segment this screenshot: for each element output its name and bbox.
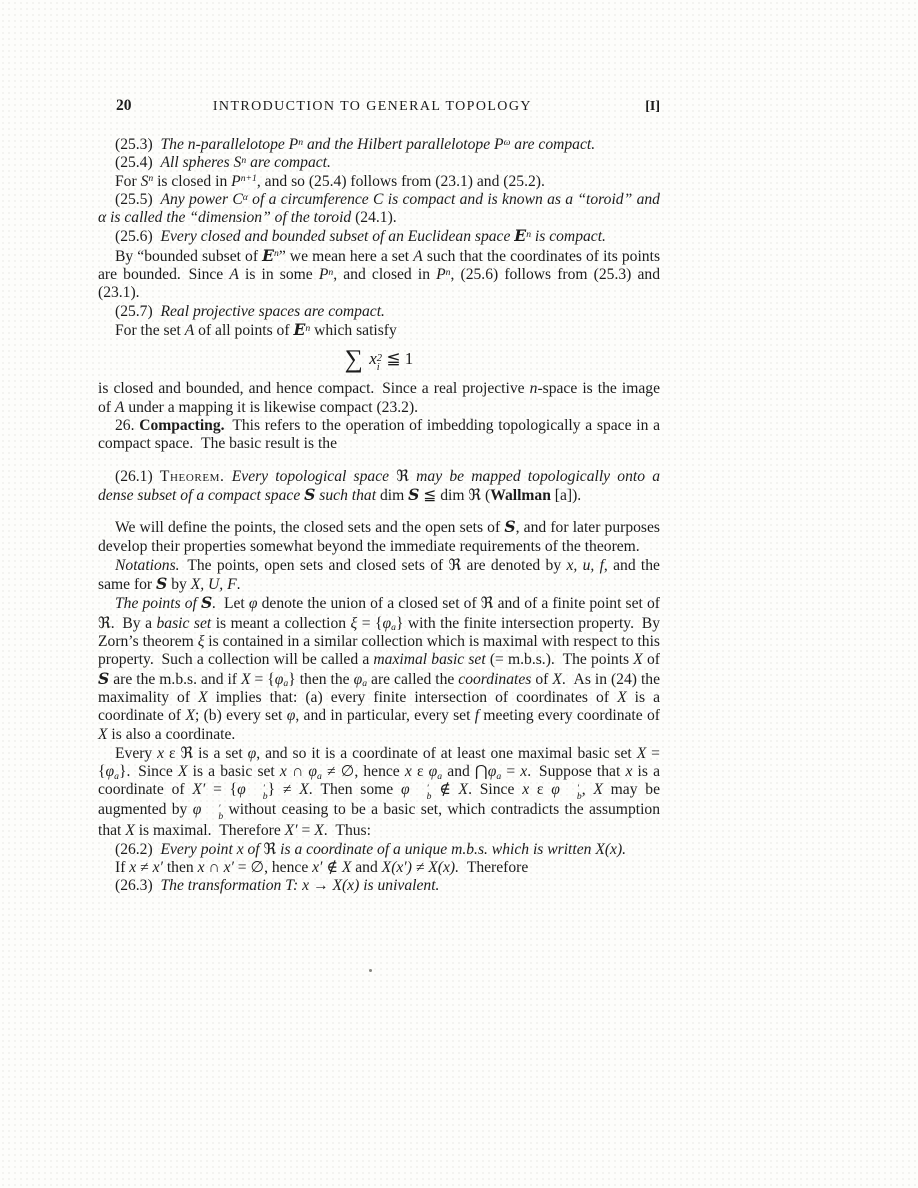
chapter-mark: [I] xyxy=(645,99,660,115)
paragraph: The points of S. Let φ denote the union … xyxy=(98,594,660,743)
paragraph: For the set A of all points of En which … xyxy=(98,321,660,340)
paragraph: For Sn is closed in Pn+1, and so (25.4) … xyxy=(98,173,660,191)
paragraph: (25.5) Any power Cα of a circumference C… xyxy=(98,191,660,228)
page-body: (25.3) The n-parallelotope Pn and the Hi… xyxy=(98,136,660,896)
paragraph: If x ≠ x′ then x ∩ x′ = ∅, hence x′ ∉ X … xyxy=(98,859,660,877)
page-header: 20 INTRODUCTION TO GENERAL TOPOLOGY [I] xyxy=(98,97,660,115)
paragraph: is closed and bounded, and hence compact… xyxy=(98,380,660,417)
running-title: INTRODUCTION TO GENERAL TOPOLOGY xyxy=(116,99,630,115)
paragraph: Every x ε ℜ is a set φ, and so it is a c… xyxy=(98,744,660,840)
paragraph: (26.2) Every point x of ℜ is a coordinat… xyxy=(98,840,660,859)
scan-speck xyxy=(369,969,372,972)
paragraph: Notations. The points, open sets and clo… xyxy=(98,556,660,595)
paragraph: (25.3) The n-parallelotope Pn and the Hi… xyxy=(98,136,660,154)
paragraph: By “bounded subset of En” we mean here a… xyxy=(98,247,660,303)
display-formula: ∑ x2i ≦ 1 xyxy=(98,347,660,372)
paragraph: 26. Compacting. This refers to the opera… xyxy=(98,417,660,454)
paragraph: (26.3) The transformation T: x → X(x) is… xyxy=(98,877,660,895)
paragraph: (25.7) Real projective spaces are compac… xyxy=(98,303,660,321)
paragraph: (25.6) Every closed and bounded subset o… xyxy=(98,227,660,246)
paragraph: (26.1) Theorem. Every topological space … xyxy=(98,467,660,506)
paragraph: We will define the points, the closed se… xyxy=(98,518,660,556)
book-page: 20 INTRODUCTION TO GENERAL TOPOLOGY [I] … xyxy=(0,0,918,1188)
paragraph: (25.4) All spheres Sn are compact. xyxy=(98,154,660,172)
